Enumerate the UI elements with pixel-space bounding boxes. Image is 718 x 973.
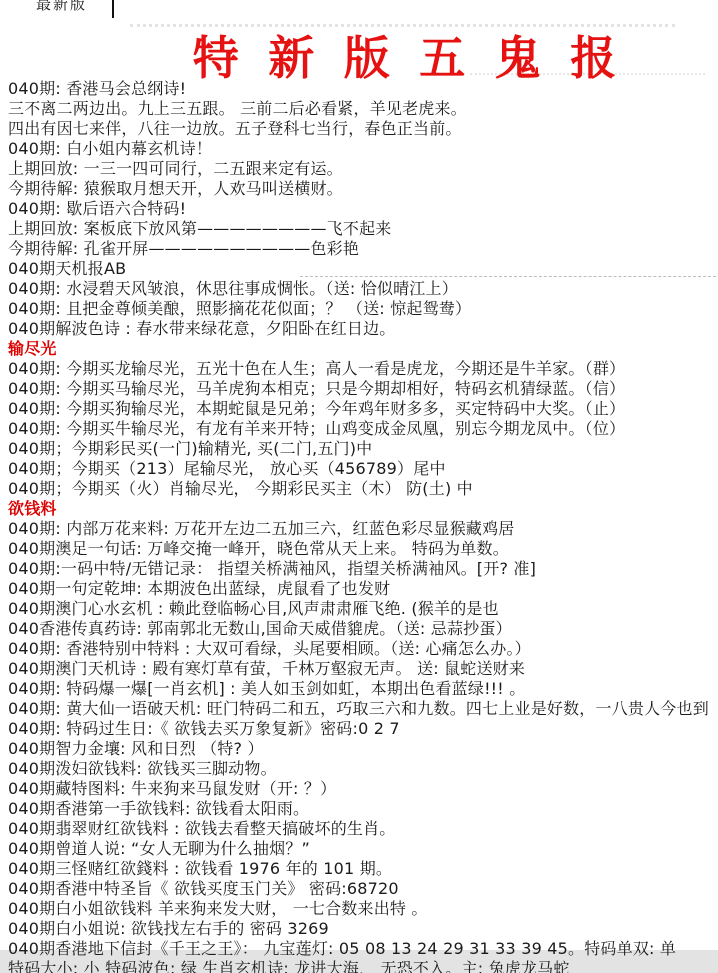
report-line: 三不离二两边出。九上三五跟。 三前二后必看紧，羊见老虎来。 bbox=[8, 99, 716, 119]
report-line: 040期三怪赌红欲錢料 : 欲钱看 1976 年的 101 期。 bbox=[8, 859, 716, 879]
report-line: 040期: 黄大仙一语破天机: 旺门特码二和五，巧取三六和九数。四七上业是好数，… bbox=[8, 699, 716, 719]
report-line: 040期澳足一句话: 万峰交掩一峰开，晓色常从天上来。 特码为单数。 bbox=[8, 539, 716, 559]
report-line: 040期泼妇欲钱料: 欲钱买三脚动物。 bbox=[8, 759, 716, 779]
section-heading: 欲钱料 bbox=[8, 499, 716, 519]
report-line: 今期待解: 猿猴取月想天开，人欢马叫送横财。 bbox=[8, 179, 716, 199]
report-line: 040期: 内部万花来料: 万花开左边二五加三六，红蓝色彩尽显猴藏鸡居 bbox=[8, 519, 716, 539]
report-line: 040期藏特图料: 牛来狗来马鼠发财（开: ？） bbox=[8, 779, 716, 799]
report-line: 040香港传真药诗: 郭南郭北无数山,国命天威借貔虎。（送: 忌蒜抄蛋） bbox=[8, 619, 716, 639]
report-line: 040期: 且把金尊倾美酿，照影摘花花似面；？ （送: 惊起鸳鸯） bbox=[8, 299, 716, 319]
report-line: 040期:一码中特/无错记录： 指望关桥满袖风，指望关桥满袖风。[开? 准] bbox=[8, 559, 716, 579]
report-line: 040期曾道人说: “女人无聊为什么抽烟？” bbox=[8, 839, 716, 859]
report-line: 040期香港中特圣旨《 欲钱买度玉门关》 密码:68720 bbox=[8, 879, 716, 899]
report-line: 040期: 香港马会总纲诗! bbox=[8, 79, 716, 99]
report-line: 今期待解: 孔雀开屏——————————色彩艳 bbox=[8, 239, 716, 259]
report-line: 040期白小姐说: 欲钱找左右手的 密码 3269 bbox=[8, 919, 716, 939]
report-line: 040期香港地下信封《千王之王》： 九宝莲灯: 05 08 13 24 29 3… bbox=[8, 939, 716, 959]
clipped-tab-label: 最新版 bbox=[36, 0, 87, 14]
report-line: 040期: 歇后语六合特码! bbox=[8, 199, 716, 219]
report-line: 040期翡翠财红欲钱料 : 欲钱去看整天搞破坏的生肖。 bbox=[8, 819, 716, 839]
report-line: 040期；今期买（213）尾输尽光， 放心买（456789）尾中 bbox=[8, 459, 716, 479]
scan-page: { "header": { "clipped_tab_label": "最新版"… bbox=[0, 0, 718, 973]
section-heading: 输尽光 bbox=[8, 339, 716, 359]
report-line: 040期澳门天机诗 : 殿有寒灯草有萤，千林万壑寂无声。 送: 鼠蛇送财来 bbox=[8, 659, 716, 679]
report-line: 040期: 今期买牛输尽光，有龙有羊来开特；山鸡变成金凤凰，别忘今期龙凤中。（位… bbox=[8, 419, 716, 439]
report-line: 上期回放: 案板底下放风第————————飞不起来 bbox=[8, 219, 716, 239]
report-lines: 040期: 香港马会总纲诗!三不离二两边出。九上三五跟。 三前二后必看紧，羊见老… bbox=[8, 79, 716, 973]
report-line: 040期香港第一手欲钱料: 欲钱看太阳雨。 bbox=[8, 799, 716, 819]
report-line: 040期智力金壤: 风和日烈 （特? ） bbox=[8, 739, 716, 759]
report-line: 040期: 香港特别中特料 : 大双可看绿，头尾要相顾。（送: 心痛怎么办。） bbox=[8, 639, 716, 659]
report-line: 上期回放: 一三一四可同行，二五跟来定有运。 bbox=[8, 159, 716, 179]
report-line: 040期；今期买（火）肖输尽光， 今期彩民买主（木） 防(土) 中 bbox=[8, 479, 716, 499]
report-line: 040期一句定乾坤: 本期波色出蓝绿，虎鼠看了也发财 bbox=[8, 579, 716, 599]
report-line: 040期解波色诗 : 春水带来绿花意，夕阳卧在红日边。 bbox=[8, 319, 716, 339]
report-line: 040期: 水浸碧天风皱浪，休思往事成惆怅。（送: 恰似晴江上） bbox=[8, 279, 716, 299]
tab-divider-line bbox=[112, 0, 114, 18]
report-line: 040期: 今期买龙输尽光，五光十色在人生；高人一看是虎龙，今期还是牛羊家。（群… bbox=[8, 359, 716, 379]
report-line: 特码大小: 小 特码波色: 绿 生肖玄机诗: 龙进大海， 无恐不入。主: 兔虎龙… bbox=[8, 959, 716, 973]
report-line: 040期: 特码过生日:《 欲钱去买万象复新》密码:0 2 7 bbox=[8, 719, 716, 739]
report-line: 040期: 特码爆一爆[一肖玄机] : 美人如玉剑如虹，本期出色看蓝绿!!! 。 bbox=[8, 679, 716, 699]
report-line: 四出有因七来伴，八往一边放。五子登科七当行，春色正当前。 bbox=[8, 119, 716, 139]
report-line: 040期: 今期买马输尽光，马羊虎狗本相克；只是今期却相好，特码玄机猜绿蓝。（信… bbox=[8, 379, 716, 399]
report-line: 040期澳门心水玄机 : 赖此登临畅心目,风声肃肃雁飞绝. (猴羊的是也 bbox=[8, 599, 716, 619]
report-line: 040期: 白小姐内幕玄机诗！ bbox=[8, 139, 716, 159]
report-line: 040期天机报AB bbox=[8, 259, 716, 279]
report-line: 040期: 今期买狗输尽光，本期蛇鼠是兄弟；今年鸡年财多多，买定特码中大奖。（止… bbox=[8, 399, 716, 419]
report-line: 040期白小姐欲钱料 羊来狗来发大财， 一七合数来出特 。 bbox=[8, 899, 716, 919]
report-line: 040期；今期彩民买(一门)输精光, 买(二门,五门)中 bbox=[8, 439, 716, 459]
